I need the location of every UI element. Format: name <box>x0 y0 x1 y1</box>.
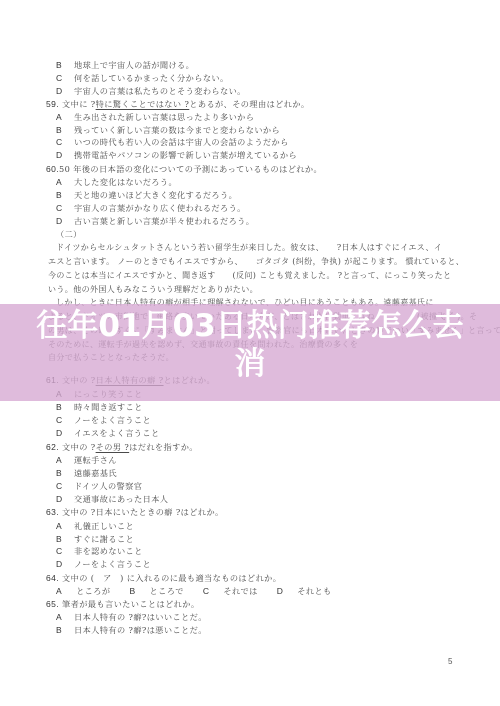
option-text: 何を話しているかまったく分からない。 <box>74 73 229 83</box>
q60-option-b: B天と地の違いほど大きく変化するだろう。 <box>56 190 237 201</box>
option-text: 大した変化はないだろう。 <box>74 177 177 187</box>
question-text: 文中の ?日本にいたときの癖 ?はどれか。 <box>62 507 224 517</box>
q63-option-b: Bすぐに謝ること <box>56 534 134 545</box>
option-text: ドイツ人の警察官 <box>74 481 142 491</box>
option-text: 宇宙人の言葉は私たちのとそう変わらない。 <box>74 86 246 96</box>
question-number: 64. <box>46 573 59 583</box>
question-number: 59. <box>46 99 59 109</box>
question-text: 50 年後の日本語の変化についての予測にあっているものはどれか。 <box>59 164 322 174</box>
option-letter: D <box>56 150 74 161</box>
option-letter: A <box>56 586 62 597</box>
passage-line: 今のことは本当にイエスですかと、聞き返す (反问) ことも覚えました。 ?と言っ… <box>48 270 451 281</box>
banner-title-line-2: 消 <box>0 345 500 383</box>
q65-option-b: B日本人特有の ?癖?は悪いことだ。 <box>56 625 207 636</box>
q60-option-d: D古い言葉と新しい言葉が半々使われるだろう。 <box>56 216 254 227</box>
q59-option-c: Cいつの時代も若い人の会話は宇宙人の会話のようだから <box>56 137 289 148</box>
option-text: 交通事故にあった日本人 <box>74 494 168 504</box>
question-prefix: 文中に ? <box>62 99 96 109</box>
q61-option-b: B時々聞き返すこと <box>56 402 143 413</box>
question-number: 63. <box>46 507 59 517</box>
option-letter: D <box>56 216 74 227</box>
option-text: 地球上で宇宙人の話が聞ける。 <box>74 60 194 70</box>
question-number: 62. <box>46 442 59 452</box>
option-text: 礼儀正しいこと <box>74 521 134 531</box>
option-letter: A <box>56 112 74 123</box>
page-number: 5 <box>448 657 452 666</box>
option-letter: D <box>56 559 74 570</box>
option-letter: B <box>56 625 74 636</box>
option-letter: A <box>56 455 74 466</box>
q60-option-c: C宇宙人の言葉がかなり広く使われるだろう。 <box>56 203 246 214</box>
option-letter: C <box>56 137 74 148</box>
option-text: いつの時代も若い人の会話は宇宙人の会話のようだから <box>74 137 289 147</box>
option-text: ところが <box>76 586 110 596</box>
passage-line: ドイツからセルシュタットさんという若い留学生が来日した。彼女は、 ?日本人はすぐ… <box>56 242 442 253</box>
q63-option-d: Dノーをよく言うこと <box>56 559 151 570</box>
question-suffix: とあるが、その理由はどれか。 <box>189 99 309 109</box>
option-letter: C <box>56 415 74 426</box>
q64-options-row: Aところが Bところで Cそれでは Dそれとも <box>56 586 348 597</box>
option-letter: B <box>56 125 74 136</box>
question-number: 65. <box>46 599 59 609</box>
option-text: それとも <box>297 586 331 596</box>
q65-option-a: A日本人特有の ?癖?はいいことだ。 <box>56 612 207 623</box>
option-text: 生み出された新しい言葉は思ったより多いから <box>74 112 254 122</box>
question-63: 63. 文中の ?日本にいたときの癖 ?はどれか。 <box>46 507 224 518</box>
option-letter: D <box>277 586 284 597</box>
option-text: 天と地の違いほど大きく変化するだろう。 <box>74 190 237 200</box>
q62-option-d: D交通事故にあった日本人 <box>56 494 168 505</box>
option-letter: B <box>56 190 74 201</box>
option-text: 宇宙人の言葉がかなり広く使われるだろう。 <box>74 203 246 213</box>
option-letter: C <box>203 586 210 597</box>
q61-option-d: Dイエスをよく言うこと <box>56 428 160 439</box>
option-letter: D <box>56 86 74 97</box>
option-text: 古い言葉と新しい言葉が半々使われるだろう。 <box>74 216 254 226</box>
passage-line: エスと言います。 ノーのときでもイエスですから、 ゴタゴタ (纠纷，争执) が起… <box>48 256 464 267</box>
q63-option-c: C非を認めないこと <box>56 546 143 557</box>
option-text: ところで <box>150 586 184 596</box>
section-label: （二） <box>56 229 82 240</box>
q62-option-b: B遠藤嘉基氏 <box>56 468 117 479</box>
question-suffix: はだれを指すか。 <box>129 442 198 452</box>
passage-line: いう。他の外国人もみなこういう理解だとありがたい。 <box>48 284 258 295</box>
q63-option-a: A礼儀正しいこと <box>56 521 134 532</box>
q62-option-a: A運転手さん <box>56 455 117 466</box>
question-prefix: 文中の ? <box>62 442 96 452</box>
option-letter: D <box>56 428 74 439</box>
option-letter: A <box>56 177 74 188</box>
q59-option-b: B残っていく新しい言葉の数は今までと変わらないから <box>56 125 280 136</box>
question-65: 65. 筆者が最も言いたいことはどれか。 <box>46 599 199 610</box>
option-letter: C <box>56 73 74 84</box>
banner-title: 往年01月03日热门推荐怎么去 消 <box>0 307 500 383</box>
question-60: 60.50 年後の日本語の変化についての予測にあっているものはどれか。 <box>46 164 322 175</box>
option-text: 日本人特有の ?癖?はいいことだ。 <box>74 612 207 622</box>
option-text: 時々聞き返すこと <box>74 402 143 412</box>
option-letter: B <box>56 534 74 545</box>
q62-option-c: Cドイツ人の警察官 <box>56 481 142 492</box>
q60-option-a: A大した変化はないだろう。 <box>56 177 177 188</box>
q59-option-a: A生み出された新しい言葉は思ったより多いから <box>56 112 254 123</box>
option-text: ノーをよく言うこと <box>74 559 151 569</box>
option-letter: B <box>56 60 74 71</box>
option-text: イエスをよく言うこと <box>74 428 160 438</box>
banner-title-line-1: 往年01月03日热门推荐怎么去 <box>0 307 500 345</box>
underlined-phrase: 特に驚くことではない ? <box>96 99 190 109</box>
option-letter: B <box>56 402 74 413</box>
option-text: 遠藤嘉基氏 <box>74 468 117 478</box>
option-letter: B <box>129 586 135 597</box>
option-text: すぐに謝ること <box>74 534 134 544</box>
question-number: 60. <box>46 164 59 174</box>
underlined-phrase: その男 ? <box>96 442 130 452</box>
q59-option-d: D携帯電話やパソコンの影響で新しい言葉が増えているから <box>56 150 297 161</box>
question-62: 62. 文中の ?その男 ?はだれを指すか。 <box>46 442 198 453</box>
option-text: 携帯電話やパソコンの影響で新しい言葉が増えているから <box>74 150 297 160</box>
q58-option-c: C何を話しているかまったく分からない。 <box>56 73 229 84</box>
option-letter: C <box>56 546 74 557</box>
q61-option-c: Cノーをよく言うこと <box>56 415 151 426</box>
option-letter: B <box>56 468 74 479</box>
option-letter: C <box>56 203 74 214</box>
option-letter: A <box>56 612 74 623</box>
question-text: 文中の ( ア ) に入れるのに最も適当なものはどれか。 <box>62 573 281 583</box>
option-text: 運転手さん <box>74 455 117 465</box>
option-text: それでは <box>223 586 257 596</box>
q58-option-b: B地球上で宇宙人の話が聞ける。 <box>56 60 194 71</box>
option-text: 日本人特有の ?癖?は悪いことだ。 <box>74 625 207 635</box>
q58-option-d: D宇宙人の言葉は私たちのとそう変わらない。 <box>56 86 246 97</box>
question-text: 筆者が最も言いたいことはどれか。 <box>62 599 199 609</box>
option-text: 残っていく新しい言葉の数は今までと変わらないから <box>74 125 280 135</box>
option-text: 非を認めないこと <box>74 546 143 556</box>
question-64: 64. 文中の ( ア ) に入れるのに最も適当なものはどれか。 <box>46 573 281 584</box>
option-text: ノーをよく言うこと <box>74 415 151 425</box>
question-59: 59. 文中に ?特に驚くことではない ?とあるが、その理由はどれか。 <box>46 99 310 110</box>
option-letter: A <box>56 521 74 532</box>
option-letter: C <box>56 481 74 492</box>
option-letter: D <box>56 494 74 505</box>
